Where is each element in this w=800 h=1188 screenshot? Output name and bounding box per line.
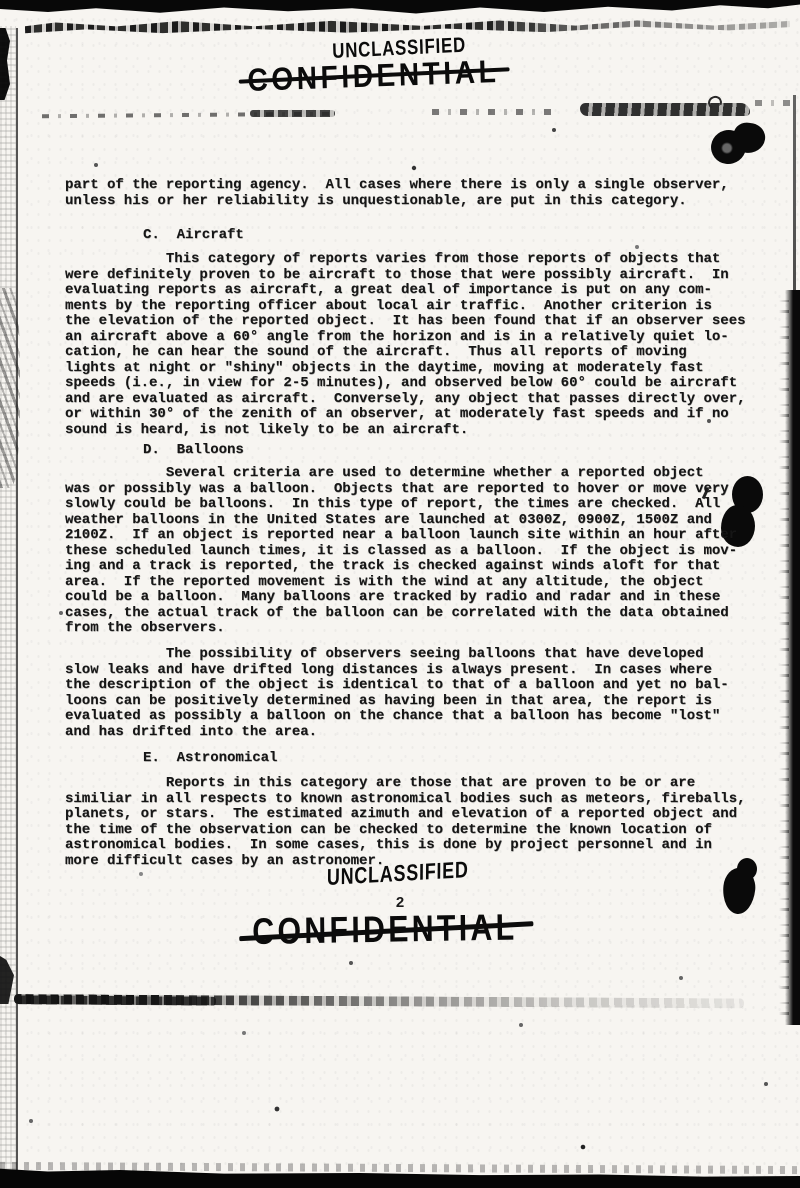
scan-scatter-line [250,110,335,117]
scan-scatter-swirl [580,103,750,116]
section-heading-balloons: D. Balloons [143,443,244,459]
paragraph-balloons-2: The possibility of observers seeing ball… [65,647,729,740]
scanned-document-page: UNCLASSIFIED CONFIDENTIAL part of the re… [0,0,800,1188]
scan-page-bottom-edge-clump [16,995,216,1005]
confidential-stamp-bottom: CONFIDENTIAL [252,906,518,953]
scan-left-noise-cloud [0,288,20,488]
scan-speckle-band-top [25,17,790,36]
confidential-stamp-top: CONFIDENTIAL [247,53,500,99]
section-heading-astronomical: E. Astronomical [143,751,277,767]
section-heading-aircraft: C. Aircraft [143,228,244,244]
scan-scatter-line [755,100,795,106]
paragraph-astronomical: Reports in this category are those that … [65,776,746,869]
scan-top-edge-bar [0,0,800,15]
scan-scatter-line [432,109,557,115]
scan-dust-specks [0,0,2,2]
paragraph-aircraft: This category of reports varies from tho… [65,252,746,438]
scan-right-edge-line [793,95,796,300]
paragraph-balloons-1: Several criteria are used to determine w… [65,466,737,637]
ink-blob [711,123,765,165]
paragraph-intro: part of the reporting agency. All cases … [65,178,729,209]
